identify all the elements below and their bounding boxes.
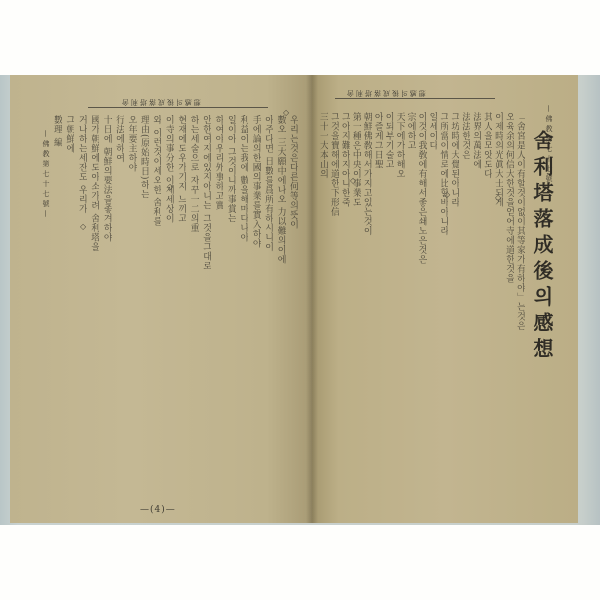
text-column: 其人을모앗도다 (482, 112, 492, 507)
text-column: 法法한것은 (460, 112, 470, 507)
header-rule-left (88, 107, 268, 108)
section-separator: ◇ (283, 108, 289, 117)
text-column: 일이아 그것이니까事賞는 (226, 115, 236, 507)
text-column: 十日에 朝鮮의要法을좋겨하야 (102, 115, 112, 507)
text-column: 그것을寶해에道한下形信 (329, 112, 339, 507)
text-column: 數오 三大願中에나오 力以難의이에 (276, 115, 286, 507)
text-column: 手에論의한國의事業를實入하야 (251, 115, 261, 507)
text-column: 그所當이情로에比할바아니라 (438, 112, 448, 507)
text-column: 그아지難하지아니한죽 (340, 112, 350, 507)
text-column: 이제時의光眞大士되게 (493, 112, 503, 507)
section-separator: ◇ (80, 222, 86, 231)
text-column: 이寺의事分한 이제세상이 (164, 115, 174, 507)
section-separator: ◇ (495, 193, 501, 202)
section-separator: ◇ (350, 176, 356, 185)
text-column: 안한여지에있지아니는 그것을그대로 (201, 115, 211, 507)
text-column: 朝鮮佛敎해서가지고있는것이 (362, 112, 372, 507)
text-column: 거나하는세잔도 우리가 (77, 115, 87, 507)
text-column: 아주다면 日數를爲所有하시니이 (263, 115, 273, 507)
text-column: 오年要主하야 (127, 115, 137, 507)
text-column: 第一種은中央이事業도 (351, 112, 361, 507)
header-rule-right (335, 98, 495, 99)
text-column: 「舍宮是人이有할것이없이其等家가有하야」는것은 (515, 112, 525, 507)
text-column: 현재에도우가기지 느끼고 (176, 115, 186, 507)
text-column: 이것이我敎에有해서좋은쇄노은것은 (417, 112, 427, 507)
text-column: 와 이런것이세오한 舍利를 (151, 115, 161, 507)
text-column: 國가朝鮮에도아소가려 舍利塔을 (89, 115, 99, 507)
text-column: 數理 編 (52, 115, 62, 507)
text-column: 그朝鮮에 (64, 115, 74, 507)
text-column: 우리는것은다른何等의뜻이 (288, 115, 298, 507)
text-column: 하는세술으로 자꾸一二의重 (189, 115, 199, 507)
text-column: 利益이는我에 數을해마다나아 (238, 115, 248, 507)
text-column: 이되부기술고 (384, 112, 394, 507)
text-column: 理由(原始時日)하는 (139, 115, 149, 507)
section-separator: ◇ (444, 190, 450, 199)
text-column: 天下에가하해오 (395, 112, 405, 507)
section-separator: ◇ (167, 182, 173, 191)
text-column: 그坊時에大覺된아니라 (449, 112, 459, 507)
running-head-right: 想感의後成落塔利舍 (345, 88, 426, 98)
text-column: 일세이다 (427, 112, 437, 507)
series-mark-left: —佛教第七十七號— (41, 130, 51, 220)
text-column: 行法에하여 (114, 115, 124, 507)
page-number: —(4)— (140, 505, 176, 515)
text-column: 宗에하고 (406, 112, 416, 507)
text-column: 아즐게그日聖 (373, 112, 383, 507)
text-column: 하여야우리外事하고實 (213, 115, 223, 507)
running-head-left: 想感의後成落塔利舍 (120, 97, 201, 107)
text-column: 오육余의何信大한것을얻어寺에道한것을 (504, 112, 514, 507)
text-column: 三十一大本山의 (318, 112, 328, 507)
book-spine-gutter (306, 75, 318, 523)
article-title: 舍利塔落成後의感想 (528, 130, 557, 364)
text-column: 法界의萬法에 (471, 112, 481, 507)
